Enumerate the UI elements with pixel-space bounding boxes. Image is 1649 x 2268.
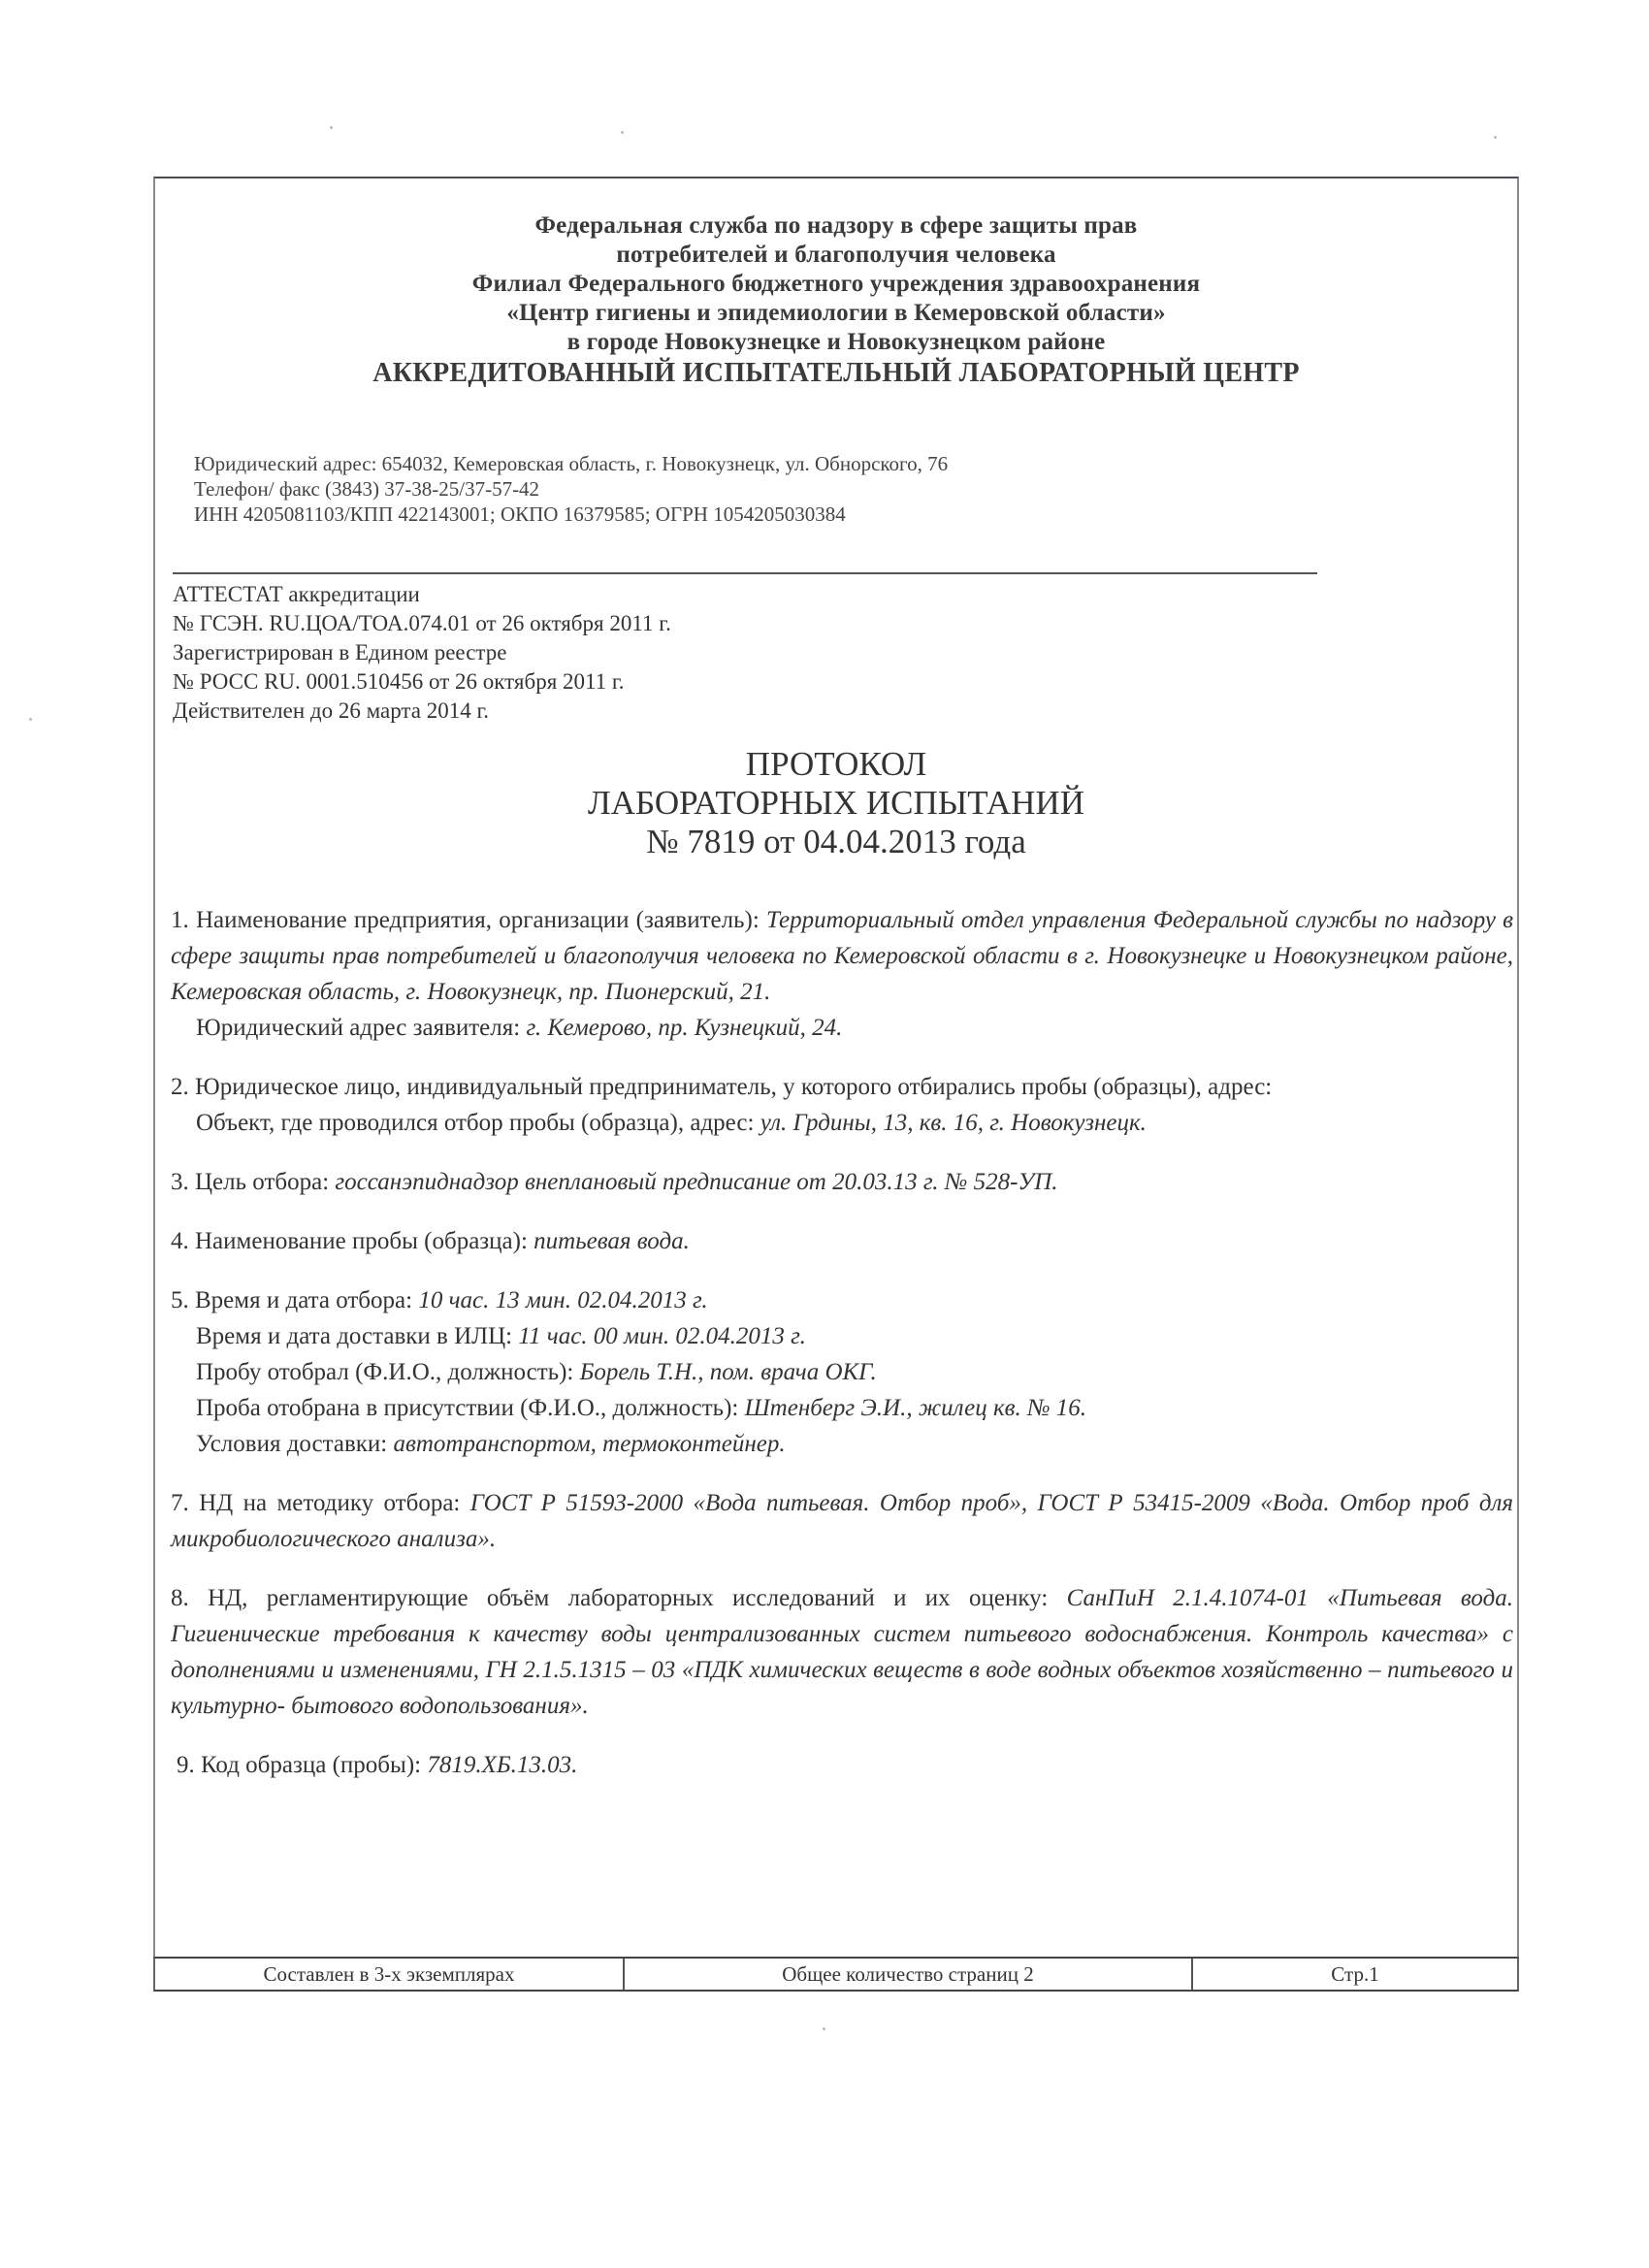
protocol-title: ПРОТОКОЛ ЛАБОРАТОРНЫХ ИСПЫТАНИЙ № 7819 о… (153, 745, 1519, 861)
section-label: 8. НД, регламентирующие объём лабораторн… (171, 1585, 1067, 1611)
contacts-block: Юридический адрес: 654032, Кемеровская о… (194, 451, 948, 527)
section-label: 5. Время и дата отбора: (171, 1287, 418, 1313)
section-value: Штенберг Э.И., жилец кв. № 16. (745, 1395, 1086, 1421)
title-line: ПРОТОКОЛ (153, 745, 1519, 784)
section-label: 2. Юридическое лицо, индивидуальный пред… (171, 1074, 1272, 1100)
attestat-line: № ГСЭН. RU.ЦОА/ТОА.074.01 от 26 октября … (173, 609, 671, 638)
section-label: 7. НД на методику отбора: (171, 1490, 470, 1516)
section-9: 9. Код образца (пробы): 7819.ХБ.13.03. (171, 1747, 1513, 1783)
total-pages: Общее количество страниц 2 (625, 1959, 1193, 1990)
section-value: госсанэпиднадзор внеплановый предписание… (335, 1169, 1057, 1195)
scan-speck (621, 131, 624, 134)
sample-code: 7819.ХБ.13.03. (427, 1752, 577, 1778)
witness: Проба отобрана в присутствии (Ф.И.О., до… (171, 1390, 1513, 1426)
section-value: ул. Грдины, 13, кв. 16, г. Новокузнецк. (760, 1110, 1147, 1136)
scan-speck (823, 2027, 825, 2030)
lab-center-title: АККРЕДИТОВАННЫЙ ИСПЫТАТЕЛЬНЫЙ ЛАБОРАТОРН… (153, 357, 1519, 390)
section-label: 4. Наименование пробы (образца): (171, 1228, 533, 1254)
section-3: 3. Цель отбора: госсанэпиднадзор внеплан… (171, 1164, 1513, 1200)
sampler: Пробу отобрал (Ф.И.О., должность): Борел… (171, 1354, 1513, 1390)
applicant-legal-address: Юридический адрес заявителя: г. Кемерово… (171, 1010, 1513, 1046)
scan-speck (1494, 136, 1497, 139)
attestat-line: АТТЕСТАТ аккредитации (173, 580, 671, 609)
section-value: питьевая вода. (533, 1228, 690, 1254)
section-label: Условия доставки: (196, 1431, 394, 1457)
divider (173, 572, 1317, 574)
delivery-time: Время и дата доставки в ИЛЦ: 11 час. 00 … (171, 1318, 1513, 1354)
attestat-line: Действителен до 26 марта 2014 г. (173, 697, 671, 726)
section-value: 11 час. 00 мин. 02.04.2013 г. (518, 1323, 805, 1349)
legal-address: Юридический адрес: 654032, Кемеровская о… (194, 451, 948, 476)
section-label: Объект, где проводился отбор пробы (обра… (196, 1110, 760, 1136)
protocol-number-date: № 7819 от 04.04.2013 года (153, 823, 1519, 861)
header-line: «Центр гигиены и эпидемиологии в Кемеров… (153, 299, 1519, 328)
section-4: 4. Наименование пробы (образца): питьева… (171, 1223, 1513, 1259)
section-label: 9. Код образца (пробы): (177, 1752, 427, 1778)
attestat-line: № РОСС RU. 0001.510456 от 26 октября 201… (173, 667, 671, 697)
scan-speck (330, 126, 333, 129)
sampling-object-address: Объект, где проводился отбор пробы (обра… (171, 1105, 1513, 1141)
section-label: Пробу отобрал (Ф.И.О., должность): (196, 1359, 580, 1385)
section-label: Юридический адрес заявителя: (196, 1015, 526, 1041)
delivery-conditions: Условия доставки: автотранспортом, термо… (171, 1426, 1513, 1462)
header-line: Филиал Федерального бюджетного учреждени… (153, 270, 1519, 299)
header-line: потребителей и благополучия человека (153, 241, 1519, 270)
header-line: Федеральная служба по надзору в сфере за… (153, 211, 1519, 241)
copies-count: Составлен в 3-х экземплярах (155, 1959, 625, 1990)
header-line: в городе Новокузнецке и Новокузнецком ра… (153, 328, 1519, 357)
section-value: 10 час. 13 мин. 02.04.2013 г. (418, 1287, 707, 1313)
scan-speck (29, 718, 32, 721)
section-8: 8. НД, регламентирующие объём лабораторн… (171, 1580, 1513, 1724)
protocol-body: 1. Наименование предприятия, организации… (171, 902, 1513, 1783)
section-label: 1. Наименование предприятия, организации… (171, 907, 766, 933)
section-label: Время и дата доставки в ИЛЦ: (196, 1323, 518, 1349)
requisites: ИНН 4205081103/КПП 422143001; ОКПО 16379… (194, 502, 948, 527)
section-label: 3. Цель отбора: (171, 1169, 335, 1195)
section-5: 5. Время и дата отбора: 10 час. 13 мин. … (171, 1282, 1513, 1318)
organization-header: Федеральная служба по надзору в сфере за… (153, 211, 1519, 390)
section-value: автотранспортом, термоконтейнер. (394, 1431, 786, 1457)
title-line: ЛАБОРАТОРНЫХ ИСПЫТАНИЙ (153, 784, 1519, 823)
page-footer-table: Составлен в 3-х экземплярах Общее количе… (153, 1957, 1519, 1992)
section-label: Проба отобрана в присутствии (Ф.И.О., до… (196, 1395, 745, 1421)
attestat-line: Зарегистрирован в Едином реестре (173, 638, 671, 667)
section-2: 2. Юридическое лицо, индивидуальный пред… (171, 1069, 1513, 1105)
section-value: г. Кемерово, пр. Кузнецкий, 24. (526, 1015, 842, 1041)
section-1: 1. Наименование предприятия, организации… (171, 902, 1513, 1010)
accreditation-block: АТТЕСТАТ аккредитации № ГСЭН. RU.ЦОА/ТОА… (173, 580, 671, 726)
section-value: Борель Т.Н., пом. врача ОКГ. (580, 1359, 877, 1385)
phone-fax: Телефон/ факс (3843) 37-38-25/37-57-42 (194, 476, 948, 502)
section-7: 7. НД на методику отбора: ГОСТ Р 51593-2… (171, 1485, 1513, 1557)
page-number: Стр.1 (1193, 1959, 1517, 1990)
